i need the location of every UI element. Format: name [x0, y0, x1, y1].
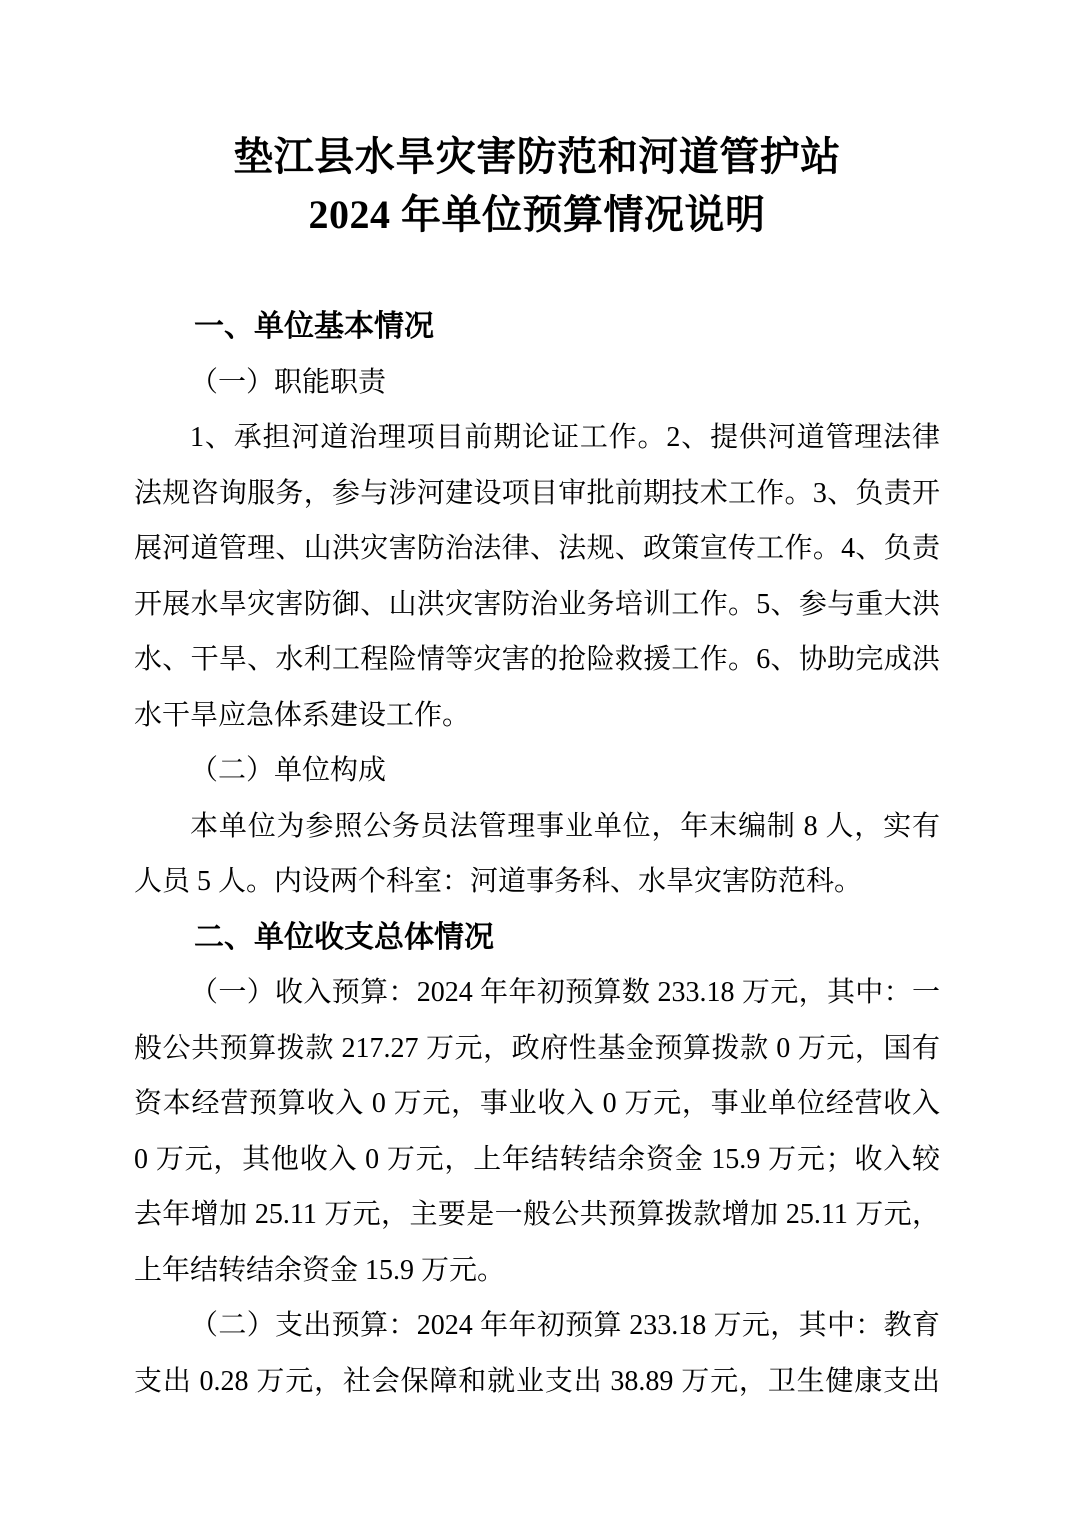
paragraph-line: 法规咨询服务，参与涉河建设项目审批前期技术工作。3、负责开 [134, 466, 940, 522]
document-title-line-1: 垫江县水旱灾害防范和河道管护站 [134, 128, 940, 186]
paragraph-line: 去年增加 25.11 万元，主要是一般公共预算拨款增加 25.11 万元， [134, 1187, 940, 1243]
paragraph-line: 水干旱应急体系建设工作。 [134, 688, 940, 744]
section-heading: 二、单位收支总体情况 [134, 910, 940, 966]
subsection-heading: （二）单位构成 [134, 743, 940, 799]
document-title-line-2: 2024 年单位预算情况说明 [134, 186, 940, 244]
paragraph-line: 水、干旱、水利工程险情等灾害的抢险救援工作。6、协助完成洪 [134, 632, 940, 688]
paragraph-line: （一）收入预算：2024 年年初预算数 233.18 万元，其中：一 [134, 965, 940, 1021]
paragraph-line: 开展水旱灾害防御、山洪灾害防治业务培训工作。5、参与重大洪 [134, 577, 940, 633]
paragraph-line: 资本经营预算收入 0 万元，事业收入 0 万元，事业单位经营收入 [134, 1076, 940, 1132]
paragraph-line: 支出 0.28 万元，社会保障和就业支出 38.89 万元，卫生健康支出 [134, 1354, 940, 1410]
subsection-heading: （一）职能职责 [134, 355, 940, 411]
paragraph-line: 人员 5 人。内设两个科室：河道事务科、水旱灾害防范科。 [134, 854, 940, 910]
paragraph-line: （二）支出预算：2024 年年初预算 233.18 万元，其中：教育 [134, 1298, 940, 1354]
paragraph-line: 般公共预算拨款 217.27 万元，政府性基金预算拨款 0 万元，国有 [134, 1021, 940, 1077]
paragraph-line: 1、承担河道治理项目前期论证工作。2、提供河道管理法律 [134, 410, 940, 466]
section-heading: 一、单位基本情况 [134, 299, 940, 355]
paragraph-line: 展河道管理、山洪灾害防治法律、法规、政策宣传工作。4、负责 [134, 521, 940, 577]
document-title: 垫江县水旱灾害防范和河道管护站 2024 年单位预算情况说明 [134, 128, 940, 244]
document-page: 垫江县水旱灾害防范和河道管护站 2024 年单位预算情况说明 一、单位基本情况（… [0, 0, 1074, 1520]
paragraph-line: 0 万元，其他收入 0 万元，上年结转结余资金 15.9 万元；收入较 [134, 1132, 940, 1188]
document-body: 一、单位基本情况（一）职能职责1、承担河道治理项目前期论证工作。2、提供河道管理… [134, 299, 940, 1409]
paragraph-line: 上年结转结余资金 15.9 万元。 [134, 1243, 940, 1299]
paragraph-line: 本单位为参照公务员法管理事业单位，年末编制 8 人，实有 [134, 799, 940, 855]
